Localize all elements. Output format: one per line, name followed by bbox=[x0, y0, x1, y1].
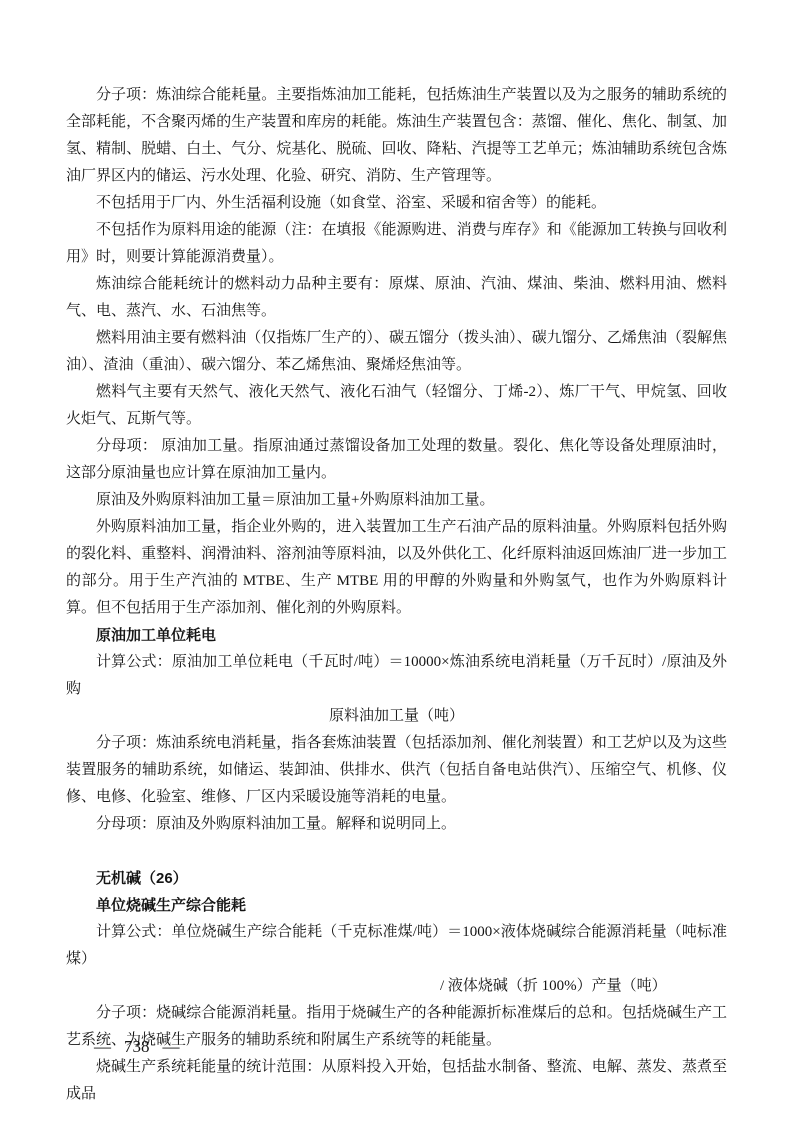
paragraph-excluded-welfare: 不包括用于厂内、外生活福利设施（如食堂、浴室、采暖和宿舍等）的能耗。 bbox=[66, 190, 727, 217]
document-page: 分子项：炼油综合能耗量。主要指炼油加工能耗，包括炼油生产装置以及为之服务的辅助系… bbox=[0, 0, 793, 1122]
paragraph-fuel-oil-types: 燃料用油主要有燃料油（仅指炼厂生产的）、碳五馏分（拨头油）、碳九馏分、乙烯焦油（… bbox=[66, 325, 727, 379]
paragraph-processing-volume-equation: 原油及外购原料油加工量＝原油加工量+外购原料油加工量。 bbox=[66, 487, 727, 514]
page-number-dash-left: — bbox=[94, 1036, 111, 1058]
formula-line-continuation: 原料油加工量（吨） bbox=[66, 703, 727, 730]
section-gap bbox=[66, 838, 727, 865]
paragraph-purchased-feedstock: 外购原料油加工量，指企业外购的，进入装置加工生产石油产品的原料油量。外购原料包括… bbox=[66, 514, 727, 622]
paragraph-power-denominator: 分母项：原油及外购原料油加工量。解释和说明同上。 bbox=[66, 811, 727, 838]
paragraph-refinery-denominator: 分母项： 原油加工量。指原油通过蒸馏设备加工处理的数量。裂化、焦化等设备处理原油… bbox=[66, 433, 727, 487]
page-number-value: 738 bbox=[124, 1036, 150, 1058]
paragraph-caustic-scope: 烧碱生产系统耗能量的统计范围：从原料投入开始，包括盐水制备、整流、电解、蒸发、蒸… bbox=[66, 1054, 727, 1108]
formula-crude-oil-unit-power: 计算公式：原油加工单位耗电（千瓦时/吨）＝10000×炼油系统电消耗量（万千瓦时… bbox=[66, 649, 727, 730]
formula-line: 计算公式：原油加工单位耗电（千瓦时/吨）＝10000×炼油系统电消耗量（万千瓦时… bbox=[66, 649, 727, 703]
section-heading-unit-caustic-soda: 单位烧碱生产综合能耗 bbox=[66, 892, 727, 919]
paragraph-refinery-numerator: 分子项：炼油综合能耗量。主要指炼油加工能耗，包括炼油生产装置以及为之服务的辅助系… bbox=[66, 82, 727, 190]
page-number-dash-right: — bbox=[163, 1036, 180, 1058]
paragraph-power-numerator: 分子项：炼油系统电消耗量，指各套炼油装置（包括添加剂、催化剂装置）和工艺炉以及为… bbox=[66, 730, 727, 811]
paragraph-fuel-power-types: 炼油综合能耗统计的燃料动力品种主要有：原煤、原油、汽油、煤油、柴油、燃料用油、燃… bbox=[66, 271, 727, 325]
formula-line-continuation: / 液体烧碱（折 100%）产量（吨） bbox=[66, 973, 727, 1000]
paragraph-excluded-feedstock: 不包括作为原料用途的能源（注：在填报《能源购进、消费与库存》和《能源加工转换与回… bbox=[66, 217, 727, 271]
section-heading-crude-oil-unit-power: 原油加工单位耗电 bbox=[66, 622, 727, 649]
page-content: 分子项：炼油综合能耗量。主要指炼油加工能耗，包括炼油生产装置以及为之服务的辅助系… bbox=[66, 82, 727, 1108]
paragraph-fuel-gas-types: 燃料气主要有天然气、液化天然气、液化石油气（轻馏分、丁烯-2）、炼厂干气、甲烷氢… bbox=[66, 379, 727, 433]
formula-line: 计算公式：单位烧碱生产综合能耗（千克标准煤/吨）＝1000×液体烧碱综合能源消耗… bbox=[66, 919, 727, 973]
page-number: — 738 — bbox=[94, 1036, 180, 1058]
section-heading-inorganic-alkali: 无机碱（26） bbox=[66, 865, 727, 892]
formula-unit-caustic-soda: 计算公式：单位烧碱生产综合能耗（千克标准煤/吨）＝1000×液体烧碱综合能源消耗… bbox=[66, 919, 727, 1000]
